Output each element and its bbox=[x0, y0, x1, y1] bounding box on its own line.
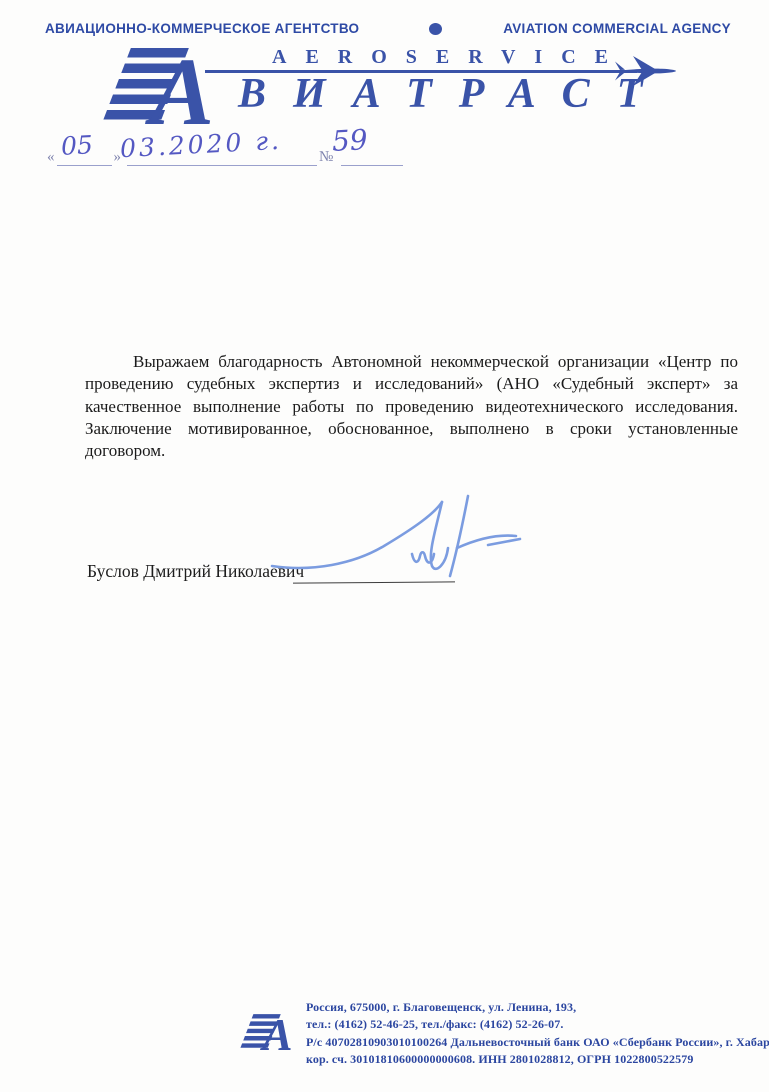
brand-aeroservice: AEROSERVICE bbox=[272, 46, 627, 69]
letter-page: АВИАЦИОННО-КОММЕРЧЕСКОЕ АГЕНТСТВО AVIATI… bbox=[0, 0, 769, 1092]
brand-aviatrast: ВИАТРАСТ bbox=[238, 70, 669, 118]
letterhead-top-row: АВИАЦИОННО-КОММЕРЧЕСКОЕ АГЕНТСТВО AVIATI… bbox=[45, 21, 731, 36]
agency-name-en: AVIATION COMMERCIAL AGENCY bbox=[503, 21, 731, 36]
footer-address-line: Россия, 675000, г. Благовещенск, ул. Лен… bbox=[306, 999, 769, 1016]
letter-body-paragraph: Выражаем благодарность Автономной некомм… bbox=[85, 351, 738, 462]
striped-a-logo-icon: A bbox=[58, 45, 236, 127]
svg-text:A: A bbox=[145, 45, 214, 127]
footer-contact-block: Россия, 675000, г. Благовещенск, ул. Лен… bbox=[306, 999, 769, 1068]
footer-striped-a-logo-icon: A bbox=[219, 1001, 303, 1063]
separator-dot-icon bbox=[429, 23, 442, 35]
handwritten-day: 05 bbox=[60, 130, 93, 161]
footer-phone-line: тел.: (4162) 52-46-25, тел./факс: (4162)… bbox=[306, 1016, 769, 1033]
footer-requisites-line: кор. сч. 30101810600000000608. ИНН 28010… bbox=[306, 1051, 769, 1068]
svg-text:A: A bbox=[259, 1010, 292, 1060]
agency-name-ru: АВИАЦИОННО-КОММЕРЧЕСКОЕ АГЕНТСТВО bbox=[45, 21, 359, 36]
footer-bank-line: Р/с 40702810903010100264 Дальневосточный… bbox=[306, 1034, 769, 1051]
open-quote: « bbox=[45, 149, 57, 166]
handwritten-signature bbox=[262, 492, 524, 594]
handwritten-doc-number: 59 bbox=[331, 123, 368, 158]
